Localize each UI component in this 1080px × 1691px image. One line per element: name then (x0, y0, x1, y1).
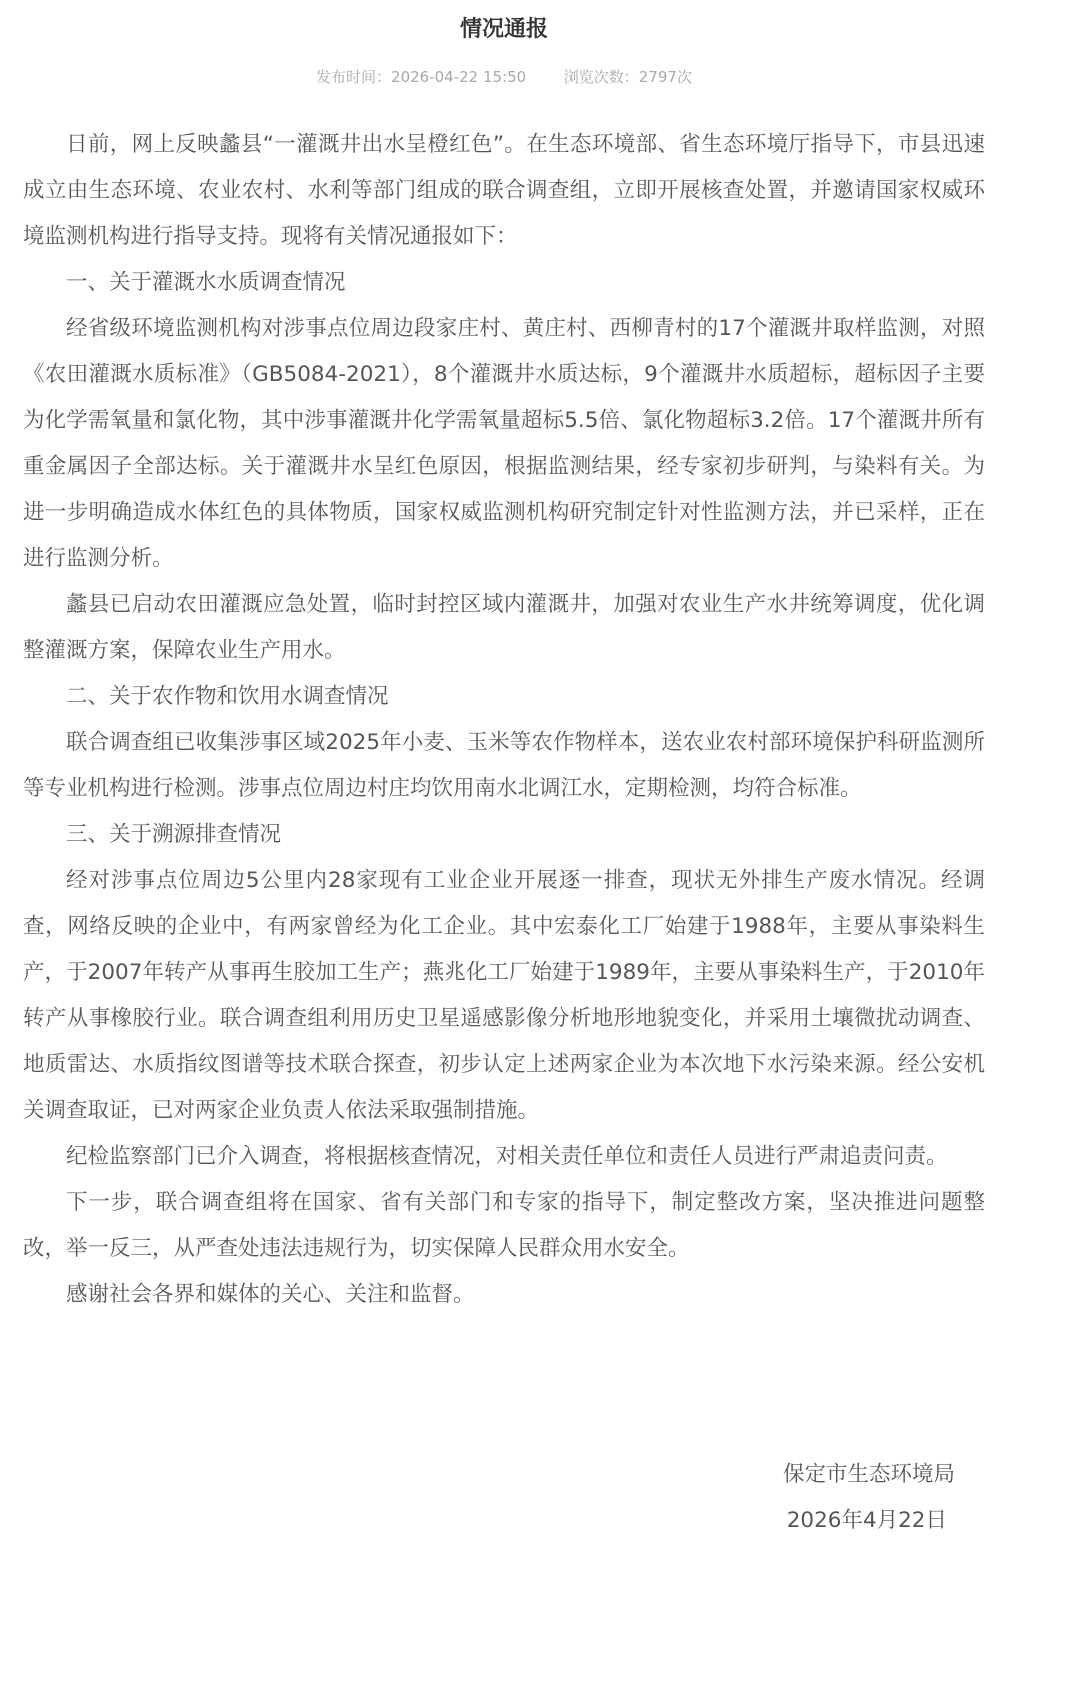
signature-organization: 保定市生态环境局 (783, 1452, 955, 1498)
paragraph-emergency-response: 蠡县已启动农田灌溉应急处置，临时封控区域内灌溉井，加强对农业生产水井统筹调度，优… (23, 582, 985, 674)
paragraph-crops-drinking-water: 联合调查组已收集涉事区域2025年小麦、玉米等农作物样本，送农业农村部环境保护科… (23, 720, 985, 812)
paragraph-next-steps: 下一步，联合调查组将在国家、省有关部门和专家的指导下，制定整改方案，坚决推进问题… (23, 1180, 985, 1272)
section-heading-3: 三、关于溯源排查情况 (23, 812, 985, 858)
section-heading-1: 一、关于灌溉水水质调查情况 (23, 260, 985, 306)
article-page: 情况通报 发布时间：2026-04-22 15:50 浏览次数：2797次 日前… (0, 0, 1080, 1691)
views-label: 浏览次数： (564, 62, 639, 92)
paragraph-thanks: 感谢社会各界和媒体的关心、关注和监督。 (23, 1272, 985, 1318)
paragraph-intro: 日前，网上反映蠡县“一灌溉井出水呈橙红色”。在生态环境部、省生态环境厅指导下，市… (23, 122, 985, 260)
paragraph-discipline-inspection: 纪检监察部门已介入调查，将根据核查情况，对相关责任单位和责任人员进行严肃追责问责… (23, 1134, 985, 1180)
publish-time: 2026-04-22 15:50 (391, 62, 526, 92)
publish-time-label: 发布时间： (316, 62, 391, 92)
paragraph-source-tracing: 经对涉事点位周边5公里内28家现有工业企业开展逐一排查，现状无外排生产废水情况。… (23, 858, 985, 1134)
section-heading-2: 二、关于农作物和饮用水调查情况 (23, 674, 985, 720)
article-body: 日前，网上反映蠡县“一灌溉井出水呈橙红色”。在生态环境部、省生态环境厅指导下，市… (23, 122, 985, 1318)
signature-date: 2026年4月22日 (787, 1498, 947, 1544)
article-meta: 发布时间：2026-04-22 15:50 浏览次数：2797次 (0, 62, 1008, 92)
view-count: 2797次 (639, 62, 692, 92)
article-title: 情况通报 (0, 12, 1008, 48)
paragraph-water-quality: 经省级环境监测机构对涉事点位周边段家庄村、黄庄村、西柳青村的17个灌溉井取样监测… (23, 306, 985, 582)
